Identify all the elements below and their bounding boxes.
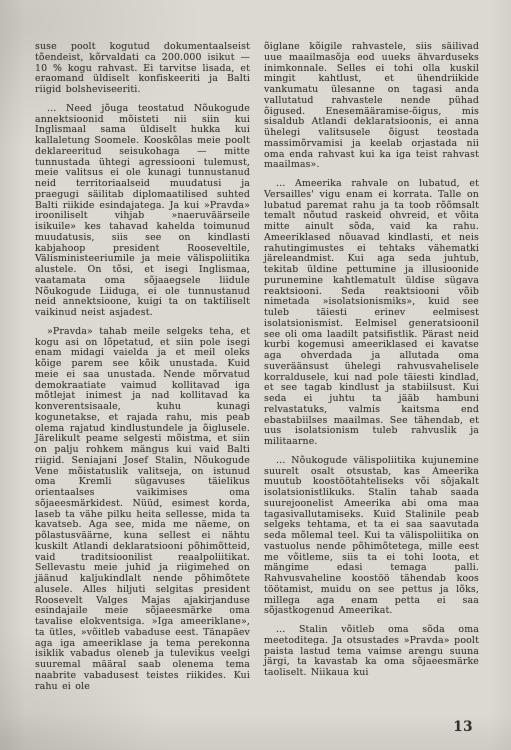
left-column: suse poolt kogutud dokumentaalseist tõen…	[35, 42, 250, 692]
paragraph: suse poolt kogutud dokumentaalseist tõen…	[35, 42, 250, 96]
paragraph: ... Stalin võitleb oma sõda oma meetodit…	[264, 625, 479, 679]
paragraph: ... Nõukogude välispoliitika kujunemine …	[264, 456, 479, 617]
paragraph: õiglane kõigile rahvastele, siis säiliva…	[264, 42, 479, 171]
paragraph: ... Need jõuga teostatud Nõukogude annek…	[35, 104, 250, 319]
page-number: 13	[453, 719, 473, 735]
paragraph: ... Ameerika rahvale on lubatud, et Vers…	[264, 179, 479, 448]
page-content: suse poolt kogutud dokumentaalseist tõen…	[35, 42, 479, 692]
paragraph: »Pravda» tahab meile selgeks teha, et ko…	[35, 327, 250, 693]
right-column: õiglane kõigile rahvastele, siis säiliva…	[264, 42, 479, 692]
scanned-book-page: suse poolt kogutud dokumentaalseist tõen…	[0, 0, 511, 750]
